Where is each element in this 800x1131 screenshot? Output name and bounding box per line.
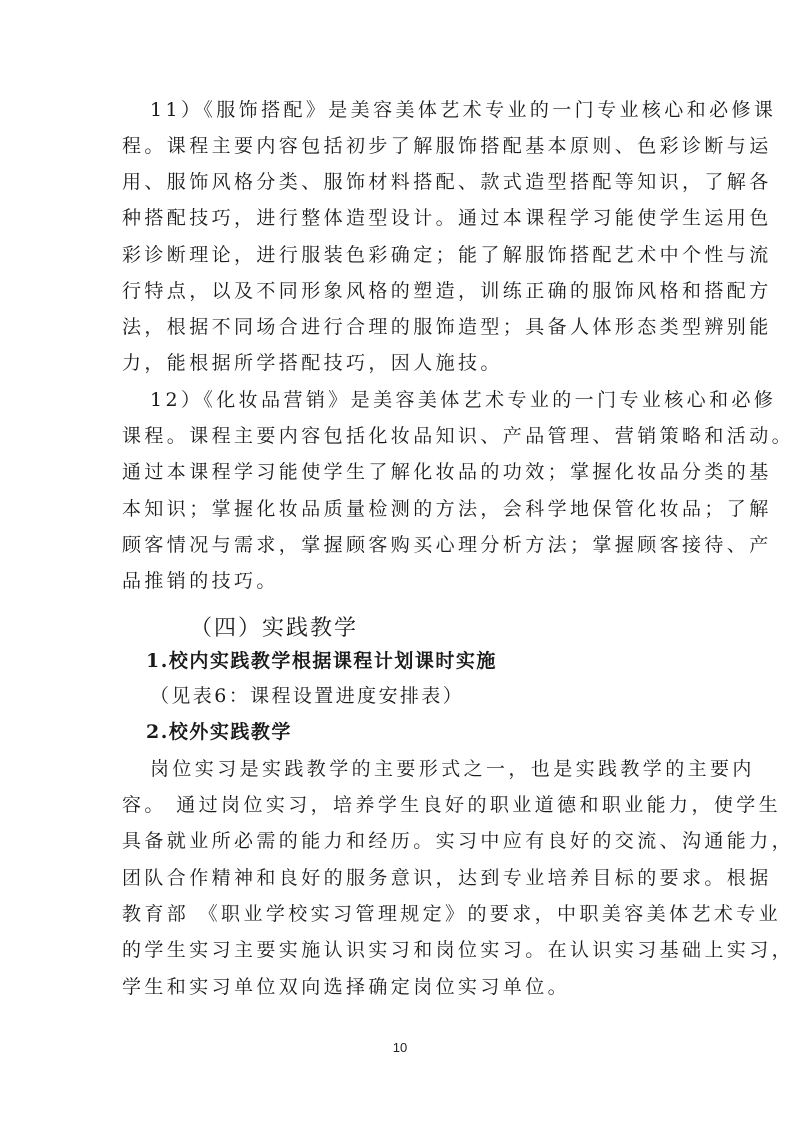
practice-paragraph-line: 团队合作精神和良好的服务意识，达到专业培养目标的要求。根据 xyxy=(122,866,772,890)
paragraph-12-line: 12）《化妆品营销》是美容美体艺术专业的一门专业核心和必修 xyxy=(150,388,776,412)
practice-paragraph-line: 岗位实习是实践教学的主要形式之一，也是实践教学的主要内 xyxy=(150,757,755,781)
practice-paragraph-line: 学生和实习单位双向选择确定岗位实习单位。 xyxy=(122,975,570,999)
paragraph-11-line: 法，根据不同场合进行合理的服饰造型；具备人体形态类型辨别能 xyxy=(122,315,772,339)
practice-paragraph-line: 具备就业所必需的能力和经历。实习中应有良好的交流、沟通能力， xyxy=(122,829,794,853)
paragraph-12-line: 顾客情况与需求，掌握顾客购买心理分析方法；掌握顾客接待、产 xyxy=(122,533,772,557)
paragraph-12-line: 本知识；掌握化妆品质量检测的方法，会科学地保管化妆品；了解 xyxy=(122,497,772,521)
paragraph-11-line: 行特点，以及不同形象风格的塑造，训练正确的服饰风格和搭配方 xyxy=(122,279,772,303)
section-heading: （四）实践教学 xyxy=(190,617,358,641)
paragraph-11-line: 程。课程主要内容包括初步了解服饰搭配基本原则、色彩诊断与运 xyxy=(122,134,772,158)
practice-paragraph-line: 教育部 《职业学校实习管理规定》的要求，中职美容美体艺术专业 xyxy=(122,902,781,926)
paragraph-11-line: 力，能根据所学搭配技巧，因人施技。 xyxy=(122,351,503,375)
subheading-on-campus: 1.校内实践教学根据课程计划课时实施 xyxy=(146,649,497,673)
paragraph-11-line: 彩诊断理论，进行服装色彩确定；能了解服饰搭配艺术中个性与流 xyxy=(122,243,772,267)
table-reference-note: （见表6：课程设置进度安排表） xyxy=(150,684,464,708)
practice-paragraph-line: 的学生实习主要实施认识实习和岗位实习。在认识实习基础上实习， xyxy=(122,938,794,962)
paragraph-12-line: 品推销的技巧。 xyxy=(122,569,279,593)
document-page: 11）《服饰搭配》是美容美体艺术专业的一门专业核心和必修课 程。课程主要内容包括… xyxy=(0,0,800,1131)
practice-paragraph-line: 容。 通过岗位实习，培养学生良好的职业道德和职业能力，使学生 xyxy=(122,793,781,817)
subheading-off-campus: 2.校外实践教学 xyxy=(146,720,292,744)
paragraph-12-line: 通过本课程学习能使学生了解化妆品的功效；掌握化妆品分类的基 xyxy=(122,460,772,484)
paragraph-11-line: 用、服饰风格分类、服饰材料搭配、款式造型搭配等知识，了解各 xyxy=(122,170,772,194)
paragraph-12-line: 课程。课程主要内容包括化妆品知识、产品管理、营销策略和活动。 xyxy=(122,424,794,448)
paragraph-11-line: 11）《服饰搭配》是美容美体艺术专业的一门专业核心和必修课 xyxy=(150,98,776,122)
paragraph-11-line: 种搭配技巧，进行整体造型设计。通过本课程学习能使学生运用色 xyxy=(122,206,772,230)
page-number: 10 xyxy=(0,1040,800,1055)
